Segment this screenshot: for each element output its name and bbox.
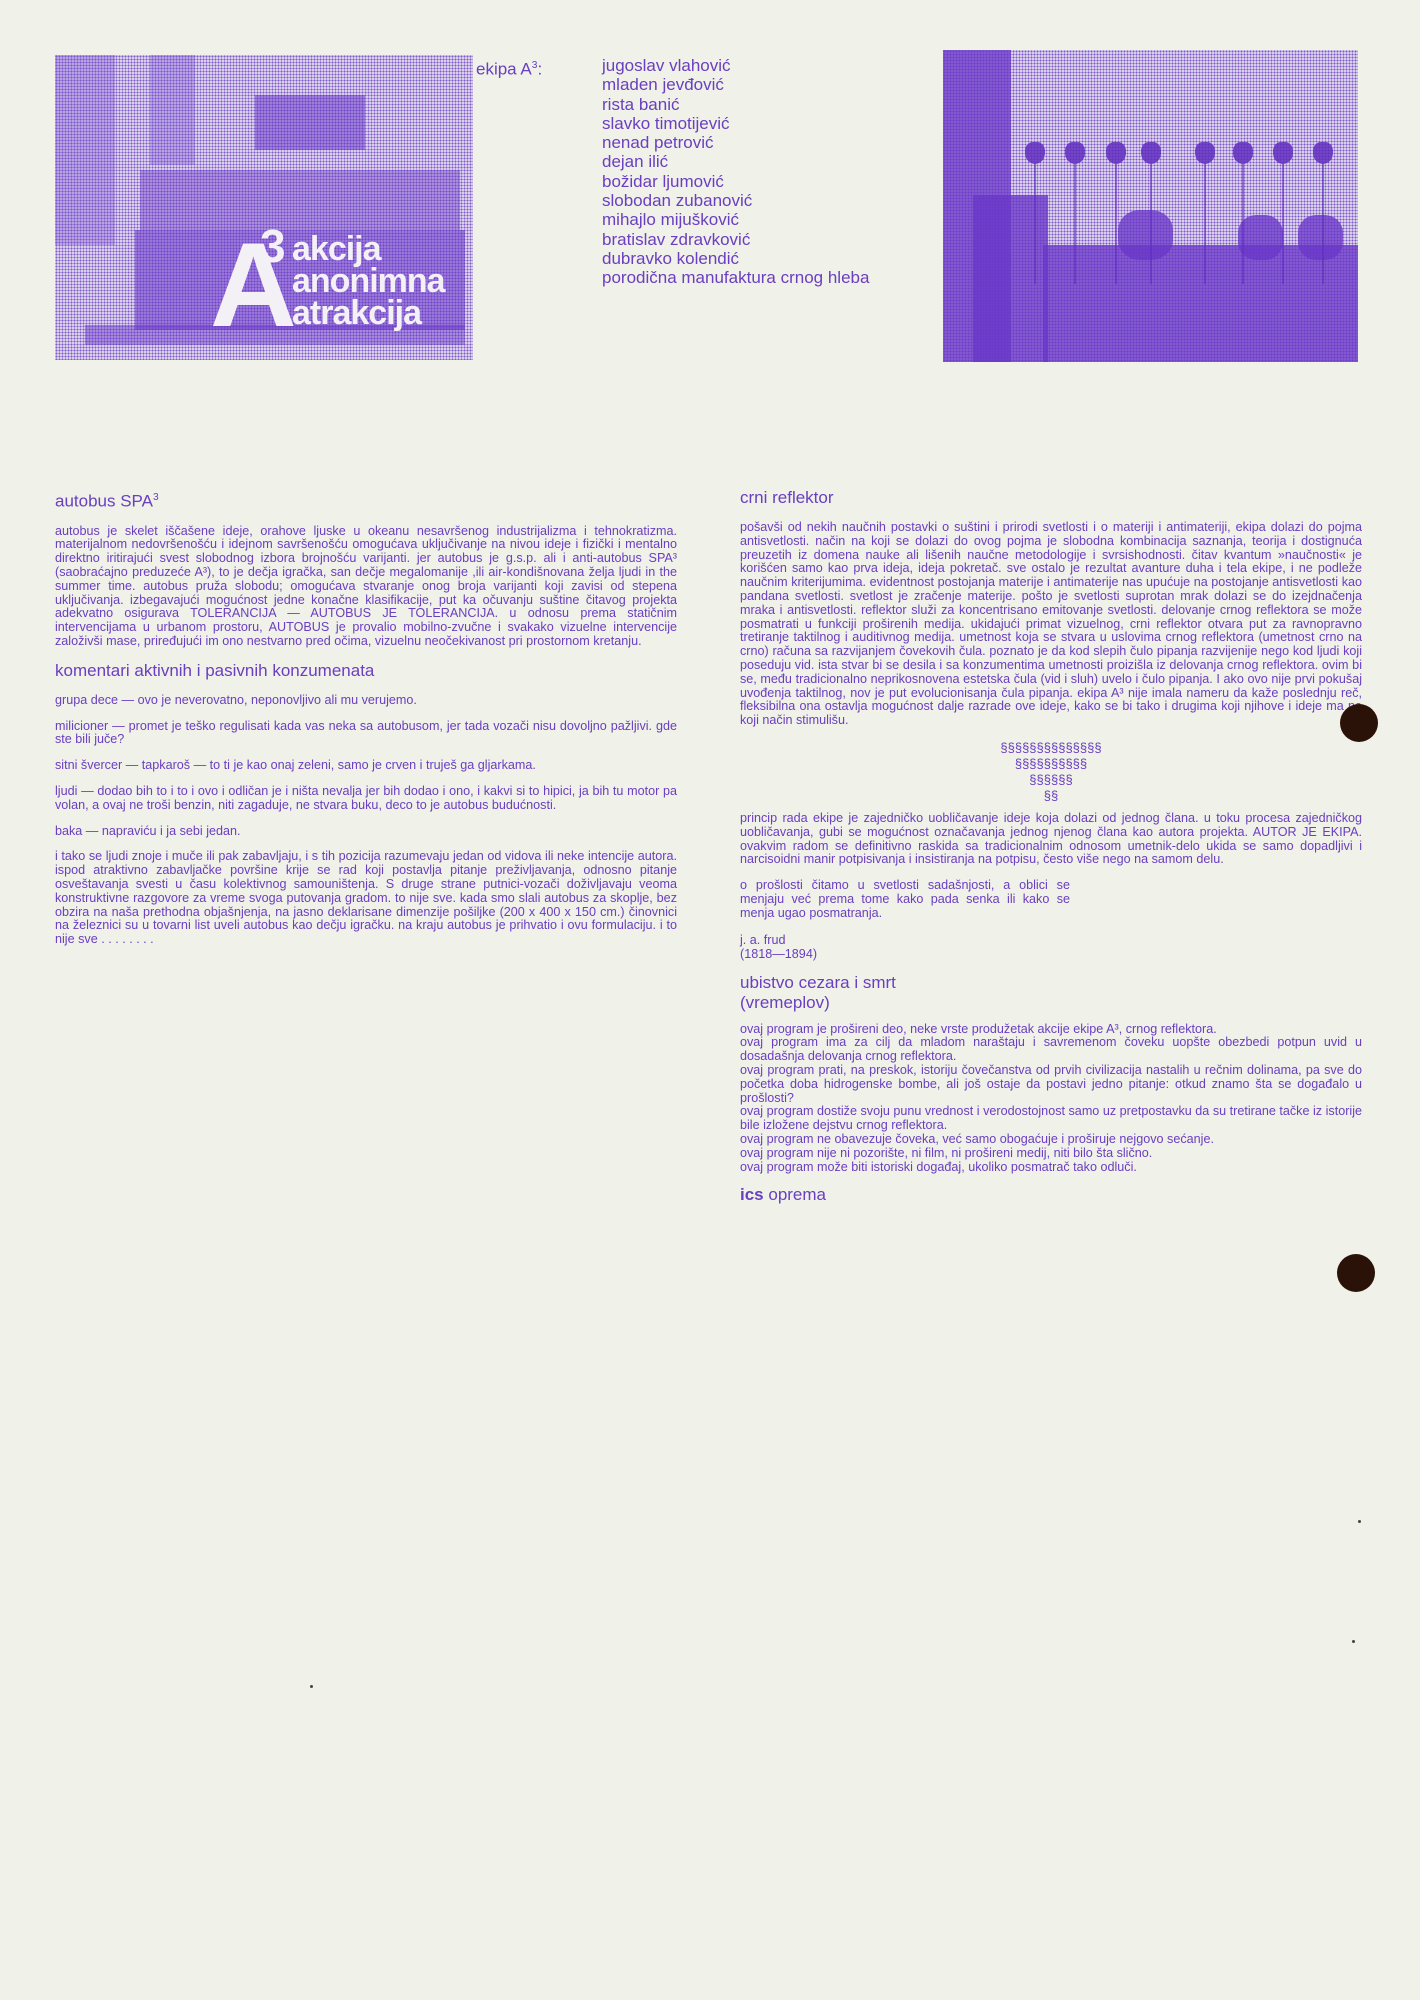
crew-member: slavko timotijević (602, 114, 869, 133)
crew-member: nenad petrović (602, 133, 869, 152)
crew-label: ekipa A3: (476, 56, 542, 79)
bus-sign-superscript: 3 (260, 223, 286, 269)
program-title: ubistvo cezara i smrt (vremeplov) (740, 973, 1362, 1013)
quote-author: j. a. frud (1818—1894) (740, 933, 1362, 961)
program-line: ovaj program može biti istoriski događaj… (740, 1161, 1362, 1175)
crew-member: mihajlo mijušković (602, 210, 869, 229)
bus-article-title: autobus SPA3 (55, 488, 677, 512)
speck (310, 1685, 313, 1688)
crew-list: jugoslav vlahović mladen jevđović rista … (602, 56, 869, 288)
comment: baka — napraviću i ja sebi jedan. (55, 825, 677, 839)
team-principle: princip rada ekipe je zajedničko uobliča… (740, 812, 1362, 867)
speck (1352, 1640, 1355, 1643)
quote: o prošlosti čitamo u svetlosti sadašnjos… (740, 879, 1070, 920)
crew-member: dubravko kolendić (602, 249, 869, 268)
crew-member: slobodan zubanović (602, 191, 869, 210)
program-description: ovaj program je prošireni deo, neke vrst… (740, 1023, 1362, 1175)
crew-member: bratislav zdravković (602, 230, 869, 249)
comment: ljudi — dodao bih to i to i ovo i odliča… (55, 785, 677, 813)
bus-photo: A 3 akcija anonimna atrakcija (55, 55, 473, 360)
reflector-article-body: pošavši od nekih naučnih postavki o sušt… (740, 521, 1362, 728)
comment: sitni švercer — tapkaroš — to ti je kao … (55, 759, 677, 773)
program-line: ovaj program je prošireni deo, neke vrst… (740, 1023, 1362, 1037)
program-line: ovaj program dostiže svoju punu vrednost… (740, 1105, 1362, 1133)
program-line: ovaj program ima za cilj da mladom naraš… (740, 1036, 1362, 1064)
speck (1358, 1520, 1361, 1523)
reflector-article: crni reflektor pošavši od nekih naučnih … (740, 488, 1362, 1202)
bus-article-closing: i tako se ljudi znoje i muče ili pak zab… (55, 850, 677, 947)
section-sign-ornament: §§§§§§§§§§§§§§ §§§§§§§§§§ §§§§§§ §§ (740, 740, 1362, 804)
crew-member: božidar ljumović (602, 172, 869, 191)
program-line: ovaj program nije ni pozorište, ni film,… (740, 1147, 1362, 1161)
punch-hole (1337, 1254, 1375, 1292)
comments-title: komentari aktivnih i pasivnih konzumenat… (55, 661, 677, 681)
bus-article-intro: autobus je skelet iščašene ideje, orahov… (55, 525, 677, 649)
crew-member: dejan ilić (602, 152, 869, 171)
crew-member: jugoslav vlahović (602, 56, 869, 75)
program-line: ovaj program prati, na preskok, istoriju… (740, 1064, 1362, 1105)
comment: milicioner — promet je teško regulisati … (55, 720, 677, 748)
bus-sign-text: akcija anonimna atrakcija (292, 233, 445, 329)
crew-member: porodična manufaktura crnog hleba (602, 268, 869, 287)
comment: grupa dece — ovo je neverovatno, neponov… (55, 694, 677, 708)
bus-article: autobus SPA3 autobus je skelet iščašene … (55, 488, 677, 959)
reflector-photo (943, 50, 1358, 362)
program-line: ovaj program ne obavezuje čoveka, već sa… (740, 1133, 1362, 1147)
reflector-article-title: crni reflektor (740, 488, 1362, 508)
publisher-credit: ics oprema (740, 1188, 1362, 1202)
crew-member: mladen jevđović (602, 75, 869, 94)
punch-hole (1340, 704, 1378, 742)
crew-member: rista banić (602, 95, 869, 114)
